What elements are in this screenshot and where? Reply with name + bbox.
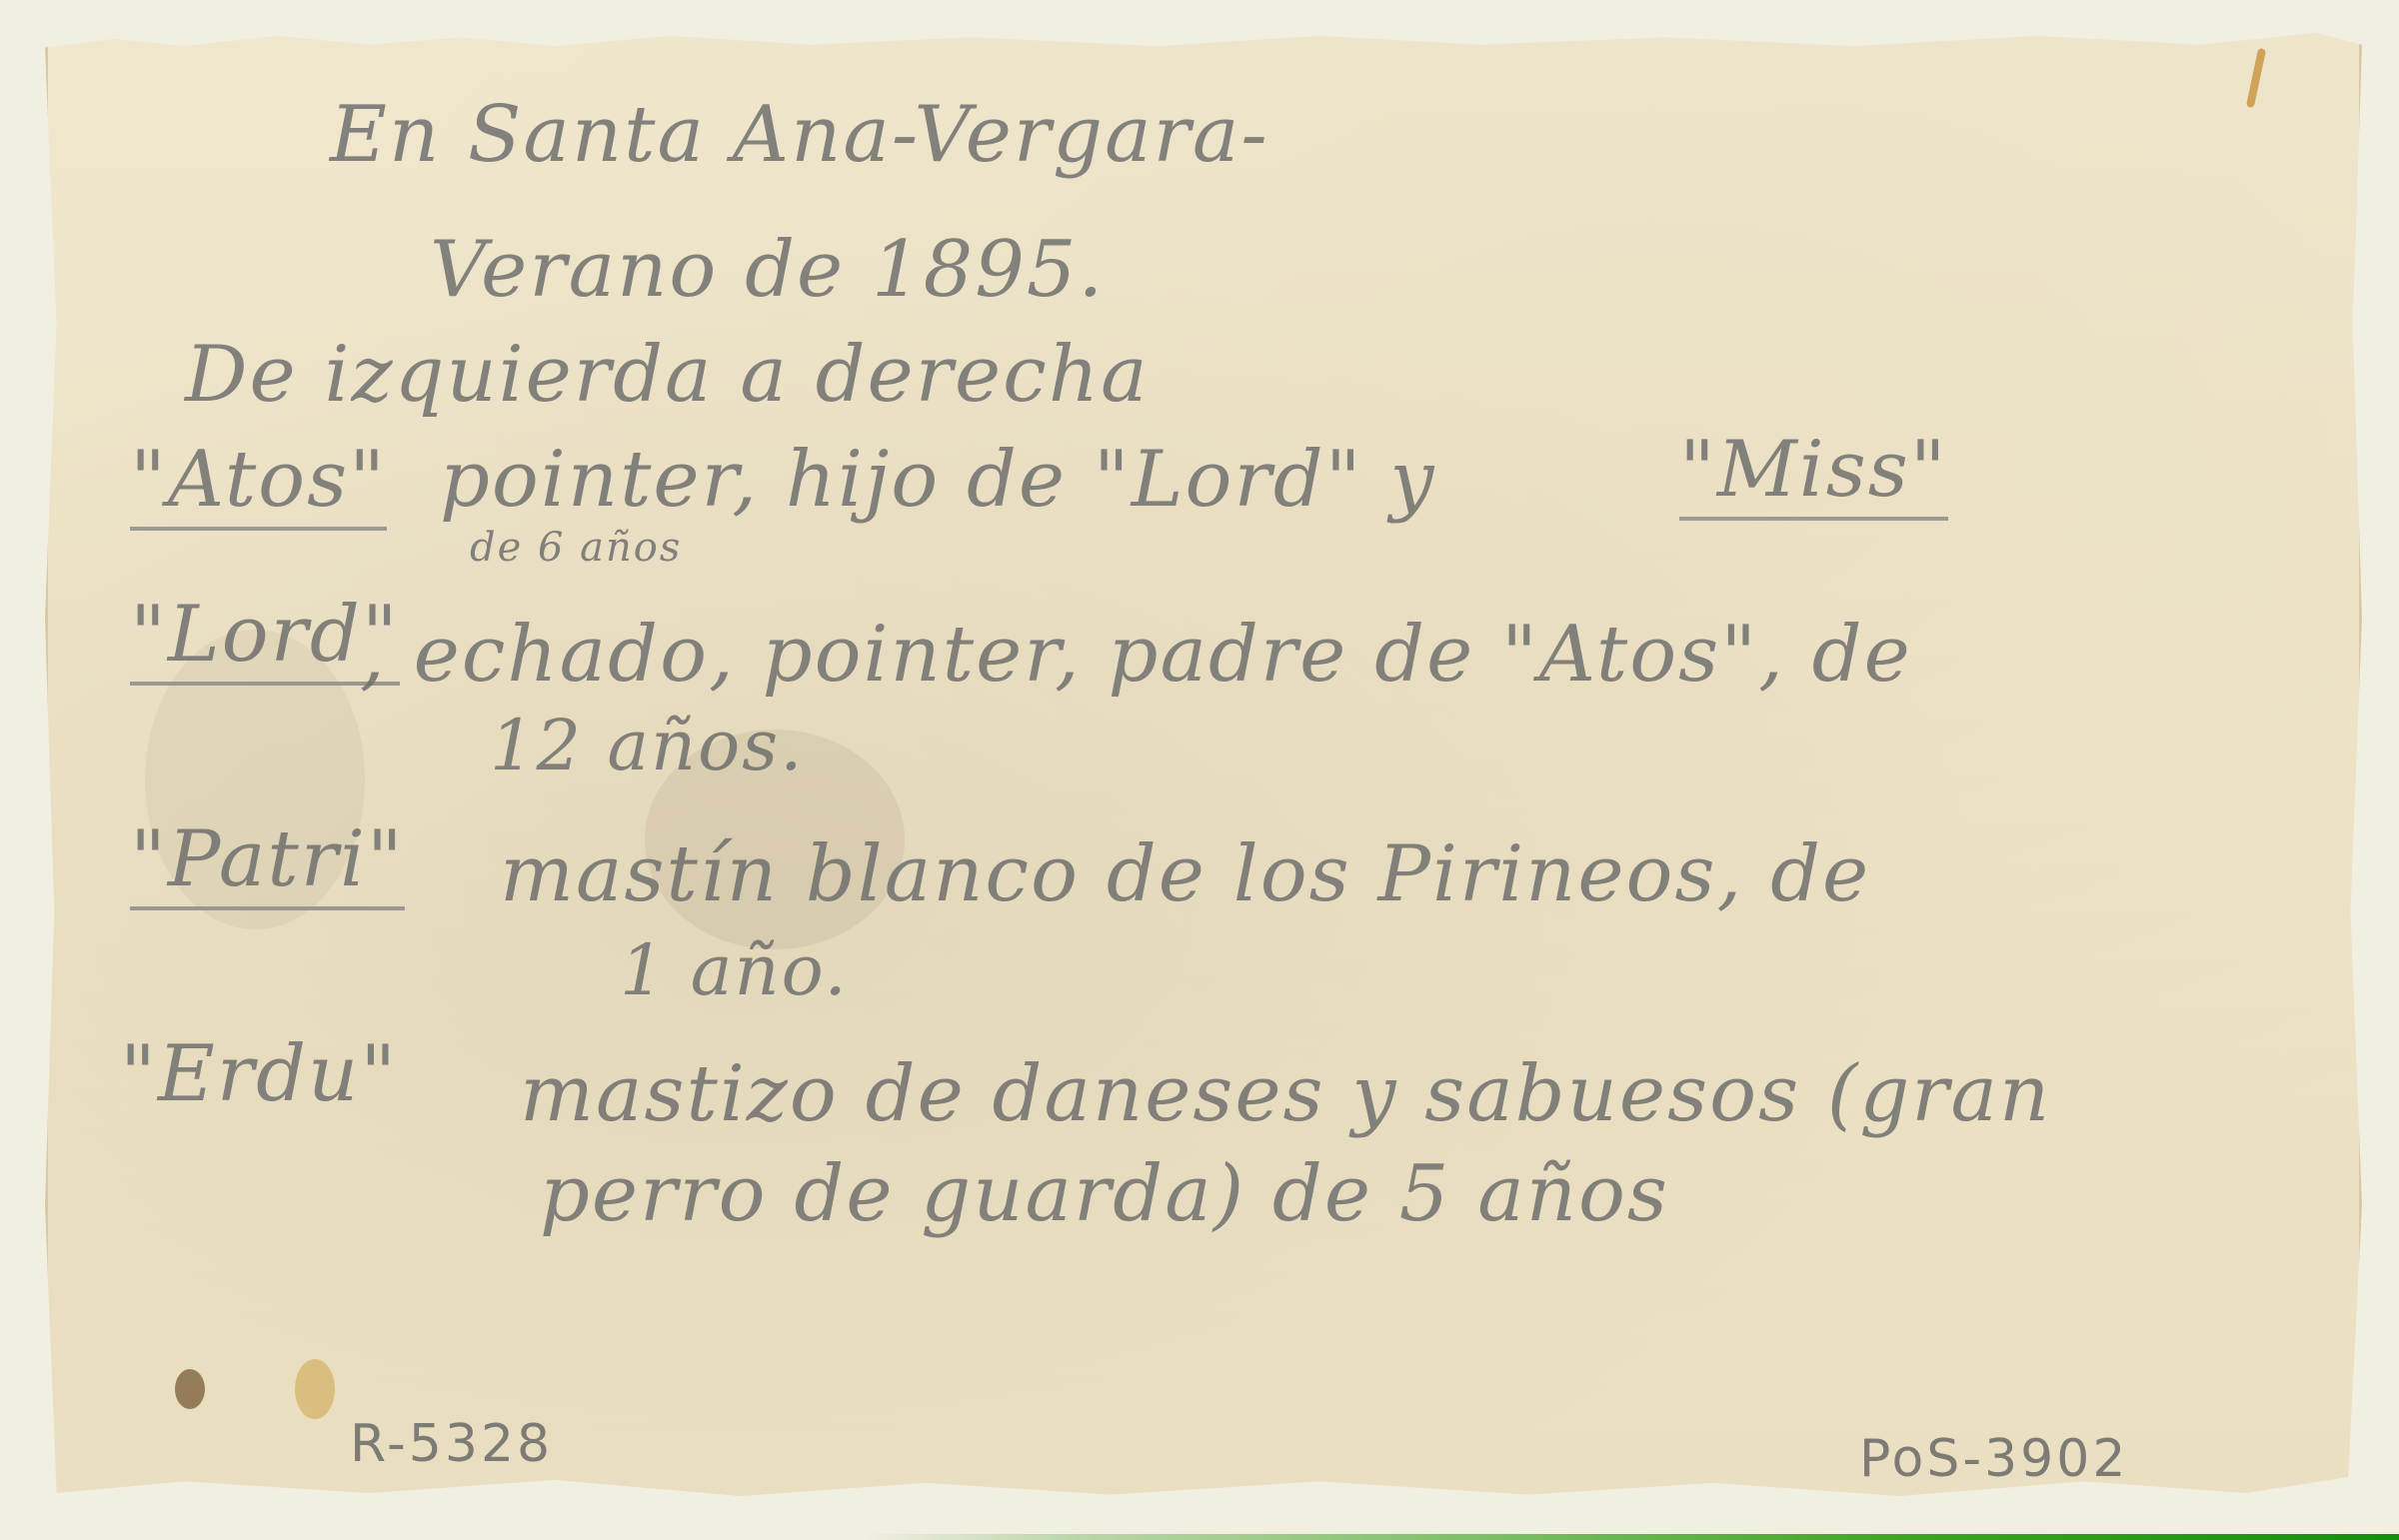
line-erdu-desc2: perro de guarda) de 5 años	[540, 1149, 1669, 1239]
bottom-accent-bar	[0, 1534, 2399, 1540]
line-date: Verano de 1895.	[430, 225, 1105, 315]
dog-name-atos: "Atos"	[130, 435, 387, 531]
line-patri-desc: mastín blanco de los Pirineos, de	[500, 829, 1870, 919]
dog-name-miss: "Miss"	[1679, 425, 1948, 521]
line-place: En Santa Ana-Vergara-	[330, 90, 1269, 180]
line-atos-age: de 6 años	[470, 525, 682, 571]
line-atos-desc: pointer, hijo de "Lord" y	[440, 435, 1435, 525]
line-lord-age: 12 años.	[490, 705, 804, 786]
postcard-verso	[45, 30, 2362, 1499]
catalog-number-right: PoS-3902	[1859, 1429, 2128, 1489]
stain	[295, 1359, 335, 1419]
catalog-number-left: R-5328	[350, 1414, 553, 1474]
line-erdu-desc: mastizo de daneses y sabuesos (gran	[520, 1049, 2051, 1139]
stain	[175, 1369, 205, 1409]
dog-name-patri: "Patri"	[130, 814, 405, 910]
dog-name-erdu: "Erdu"	[120, 1029, 398, 1119]
line-order: De izquierda a derecha	[185, 330, 1150, 420]
line-lord-desc: , echado, pointer, padre de "Atos", de	[360, 610, 1912, 700]
line-patri-age: 1 año.	[620, 929, 849, 1011]
